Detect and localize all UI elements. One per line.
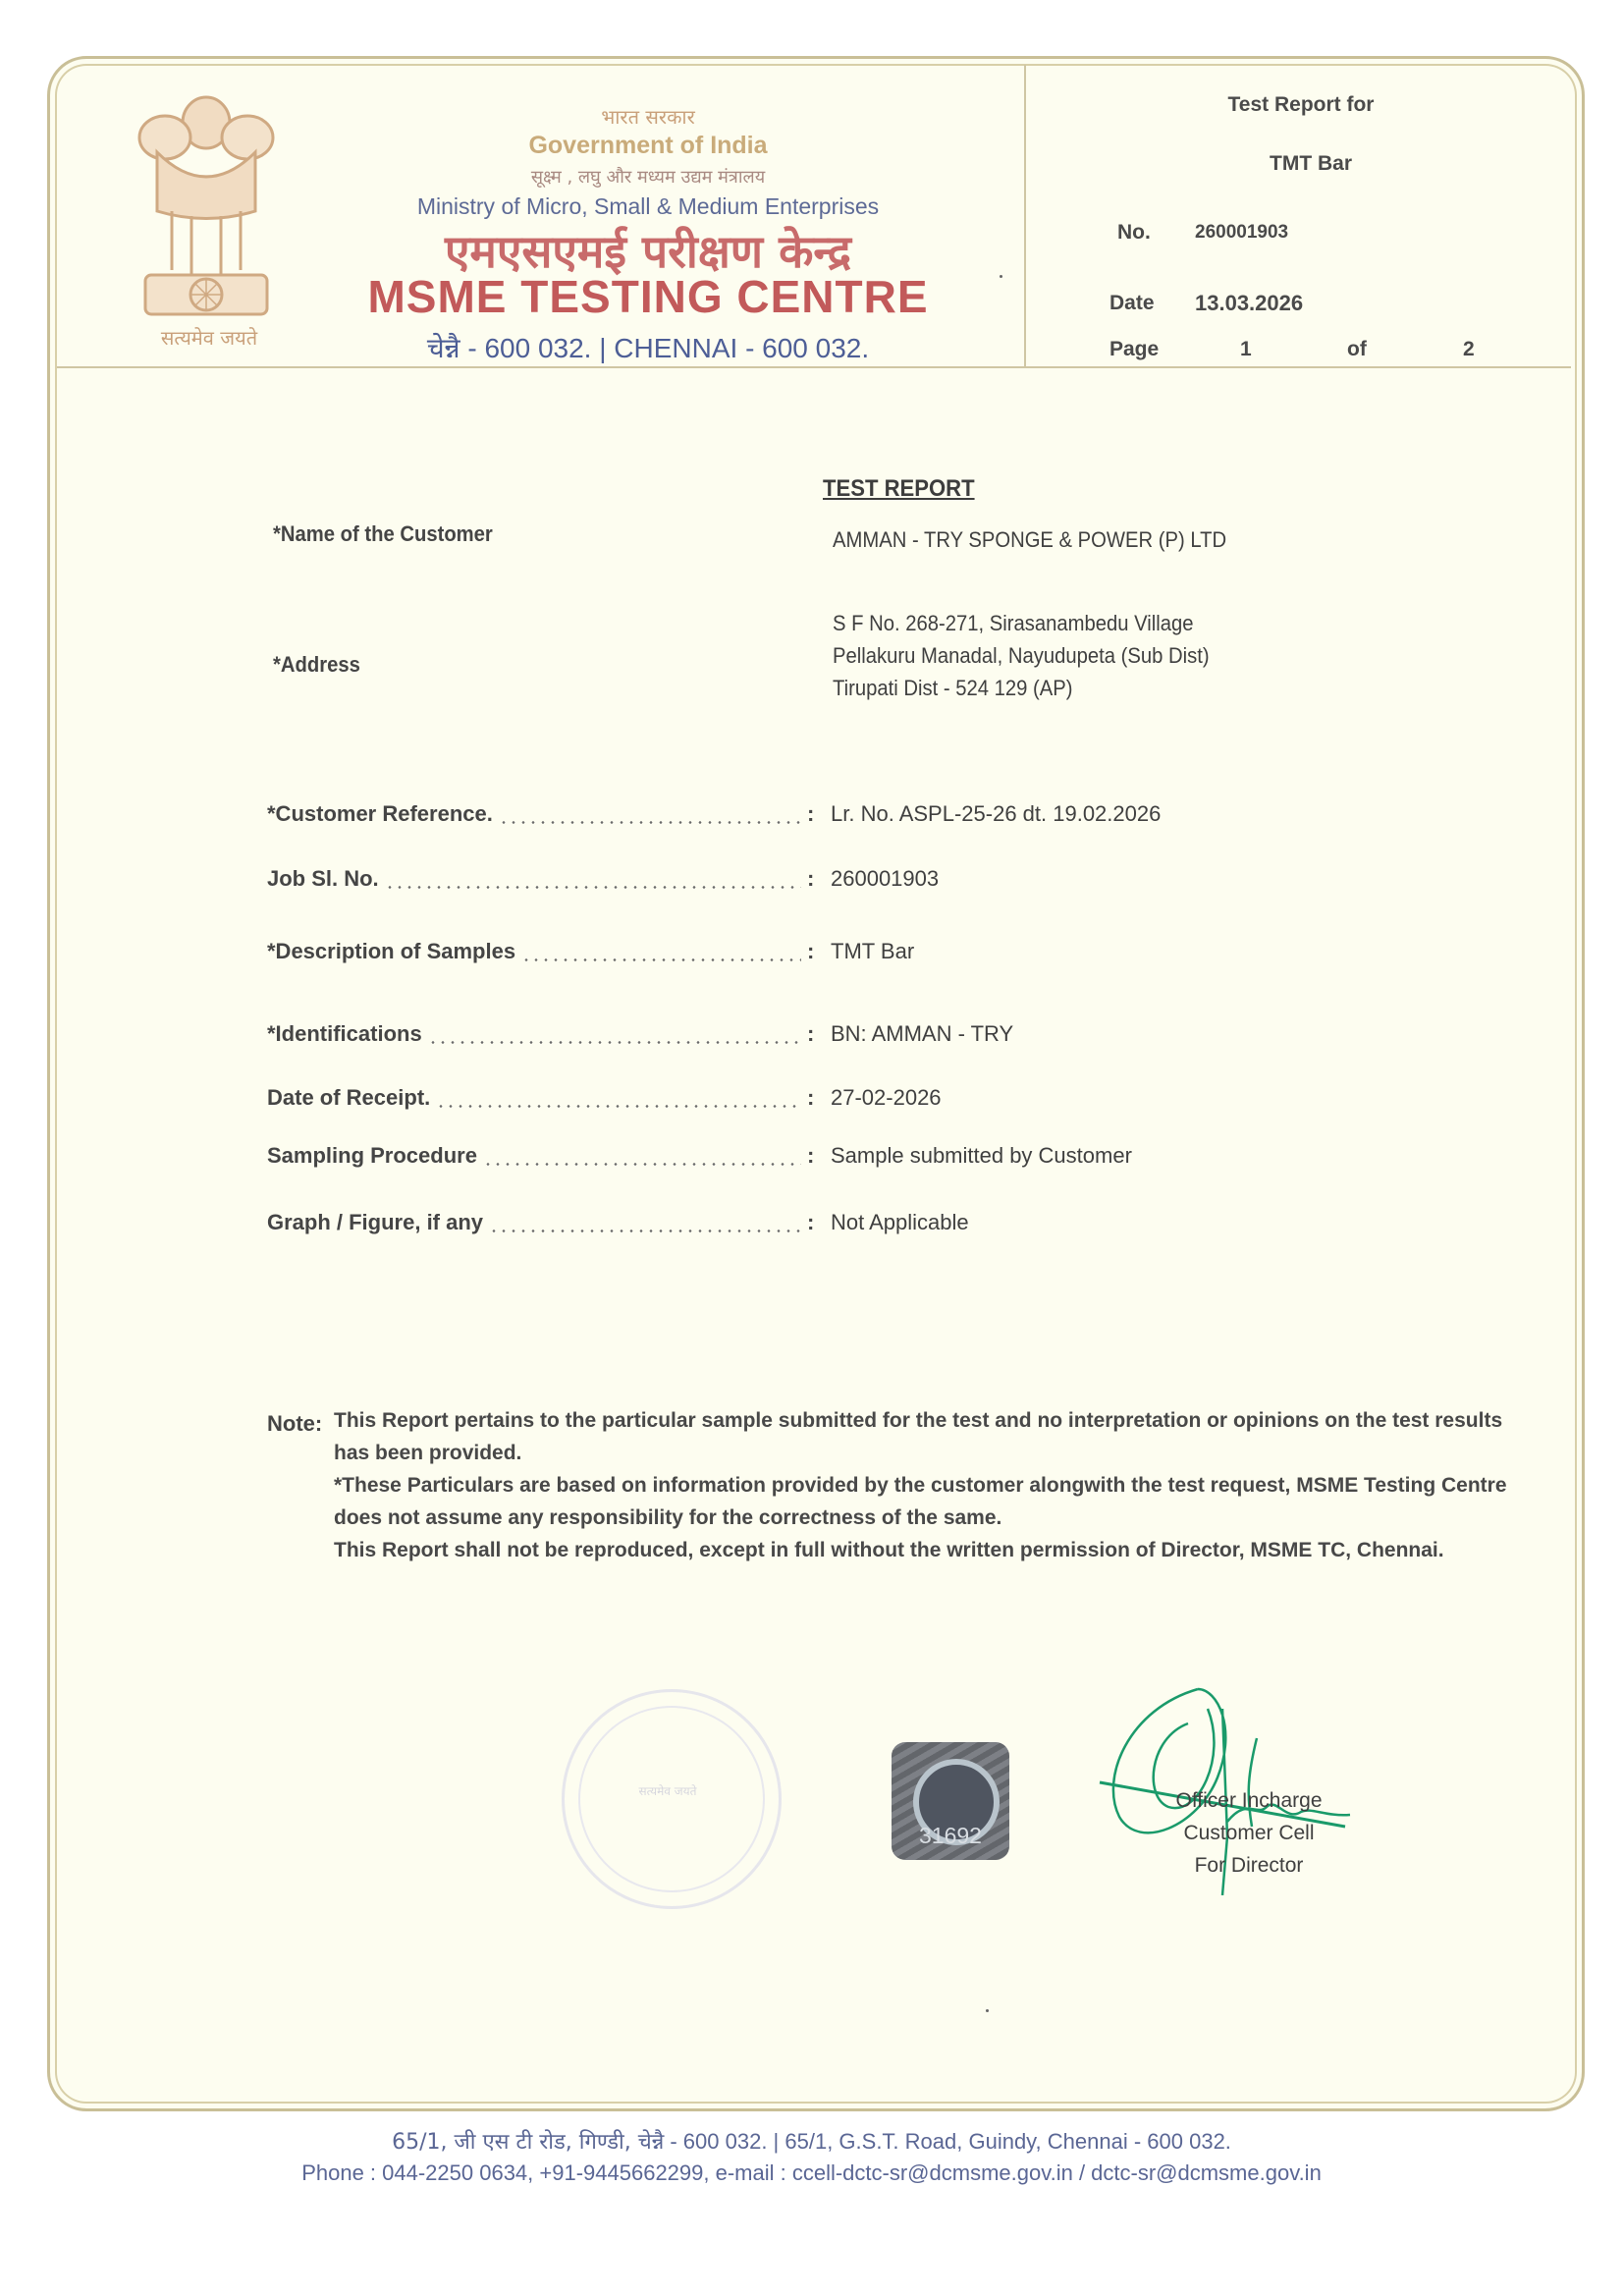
footer-address: 65/1, जी एस टी रोड, गिण्डी, चेन्नै - 600… xyxy=(147,2126,1476,2156)
header-vertical-divider xyxy=(1024,65,1026,366)
leader-dots xyxy=(385,886,801,889)
report-no-value: 260001903 xyxy=(1195,222,1288,244)
field-row-customer-reference: *Customer Reference. : Lr. No. ASPL-25-2… xyxy=(267,801,1347,835)
leader-dots xyxy=(428,1041,801,1044)
report-title: TEST REPORT xyxy=(823,475,975,503)
field-label: *Identifications xyxy=(267,1021,422,1047)
hindi-ministry-text: सूक्ष्म , लघु और मध्यम उद्यम मंत्रालय xyxy=(353,165,943,189)
field-colon: : xyxy=(807,1143,814,1169)
address-line: Pellakuru Manadal, Nayudupeta (Sub Dist) xyxy=(833,639,1210,672)
field-value: Sample submitted by Customer xyxy=(831,1143,1132,1169)
note-text: This Report pertains to the particular s… xyxy=(334,1404,1522,1566)
field-label: *Customer Reference. xyxy=(267,801,493,827)
leader-dots xyxy=(489,1230,801,1232)
national-emblem-icon xyxy=(118,83,295,349)
report-date-label: Date xyxy=(1109,292,1155,315)
address-label: *Address xyxy=(273,652,360,678)
field-row-description: *Description of Samples : TMT Bar xyxy=(267,939,1347,972)
leader-dots xyxy=(499,821,801,824)
note-paragraph: This Report shall not be reproduced, exc… xyxy=(334,1534,1522,1566)
field-row-date-of-receipt: Date of Receipt. : 27-02-2026 xyxy=(267,1085,1347,1119)
field-row-job-sl-no: Job Sl. No. : 260001903 xyxy=(267,866,1347,900)
field-row-graph-figure: Graph / Figure, if any : Not Applicable xyxy=(267,1210,1347,1243)
report-product: TMT Bar xyxy=(1031,152,1591,176)
address-line: Tirupati Dist - 524 129 (AP) xyxy=(833,672,1210,704)
address-value: S F No. 268-271, Sirasanambedu Village P… xyxy=(833,607,1210,704)
page-number: 1 xyxy=(1240,338,1252,361)
leader-dots xyxy=(436,1105,801,1108)
field-value: TMT Bar xyxy=(831,939,914,964)
field-value: 260001903 xyxy=(831,866,939,892)
signatory-title: Officer Incharge xyxy=(1102,1789,1396,1813)
report-no-label: No. xyxy=(1117,221,1151,245)
leader-dots xyxy=(521,958,801,961)
emblem-motto: सत्यमेव जयते xyxy=(116,324,302,351)
field-row-sampling-procedure: Sampling Procedure : Sample submitted by… xyxy=(267,1143,1347,1176)
footer-contact: Phone : 044-2250 0634, +91-9445662299, e… xyxy=(147,2160,1476,2186)
field-row-identifications: *Identifications : BN: AMMAN - TRY xyxy=(267,1021,1347,1055)
header-divider xyxy=(57,366,1571,368)
note-label: Note: xyxy=(267,1411,322,1437)
field-colon: : xyxy=(807,939,814,964)
field-value: Lr. No. ASPL-25-26 dt. 19.02.2026 xyxy=(831,801,1161,827)
seal-text: सत्यमेव जयते xyxy=(628,1782,707,1799)
field-label: Graph / Figure, if any xyxy=(267,1210,483,1235)
footer-address-english: - 600 032. | 65/1, G.S.T. Road, Guindy, … xyxy=(664,2129,1231,2154)
field-value: 27-02-2026 xyxy=(831,1085,942,1111)
report-date-value: 13.03.2026 xyxy=(1195,291,1303,316)
page-total: 2 xyxy=(1463,338,1475,361)
field-colon: : xyxy=(807,1210,814,1235)
office-seal-stamp xyxy=(562,1689,782,1909)
field-value: BN: AMMAN - TRY xyxy=(831,1021,1013,1047)
field-colon: : xyxy=(807,866,814,892)
customer-name-value: AMMAN - TRY SPONGE & POWER (P) LTD xyxy=(833,523,1226,556)
field-label: Job Sl. No. xyxy=(267,866,379,892)
government-text: Government of India xyxy=(353,132,943,160)
note-paragraph: *These Particulars are based on informat… xyxy=(334,1469,1522,1534)
address-line: S F No. 268-271, Sirasanambedu Village xyxy=(833,607,1210,639)
page-of-label: of xyxy=(1347,338,1367,361)
report-for-label: Test Report for xyxy=(1031,93,1571,117)
city-hindi: चेन्नै xyxy=(427,332,460,364)
field-label: Date of Receipt. xyxy=(267,1085,430,1111)
signatory-authority: For Director xyxy=(1102,1854,1396,1878)
field-colon: : xyxy=(807,1021,814,1047)
field-colon: : xyxy=(807,1085,814,1111)
ministry-text: Ministry of Micro, Small & Medium Enterp… xyxy=(334,193,962,220)
page-label: Page xyxy=(1109,338,1159,361)
city-rest: - 600 032. | CHENNAI - 600 032. xyxy=(460,333,870,363)
leader-dots xyxy=(483,1163,801,1166)
field-label: Sampling Procedure xyxy=(267,1143,477,1169)
centre-title: MSME TESTING CENTRE xyxy=(339,270,957,323)
city-line: चेन्नै - 600 032. | CHENNAI - 600 032. xyxy=(339,329,957,366)
signatory-department: Customer Cell xyxy=(1102,1822,1396,1845)
hindi-government-text: भारत सरकार xyxy=(353,103,943,130)
note-paragraph: This Report pertains to the particular s… xyxy=(334,1404,1522,1469)
field-value: Not Applicable xyxy=(831,1210,969,1235)
customer-name-label: *Name of the Customer xyxy=(273,521,493,547)
scan-speck xyxy=(1000,275,1002,278)
field-label: *Description of Samples xyxy=(267,939,515,964)
scan-speck xyxy=(986,2009,989,2012)
field-colon: : xyxy=(807,801,814,827)
hologram-number: 31692 xyxy=(892,1823,1009,1849)
footer-address-hindi: 65/1, जी एस टी रोड, गिण्डी, चेन्नै xyxy=(392,2130,664,2155)
